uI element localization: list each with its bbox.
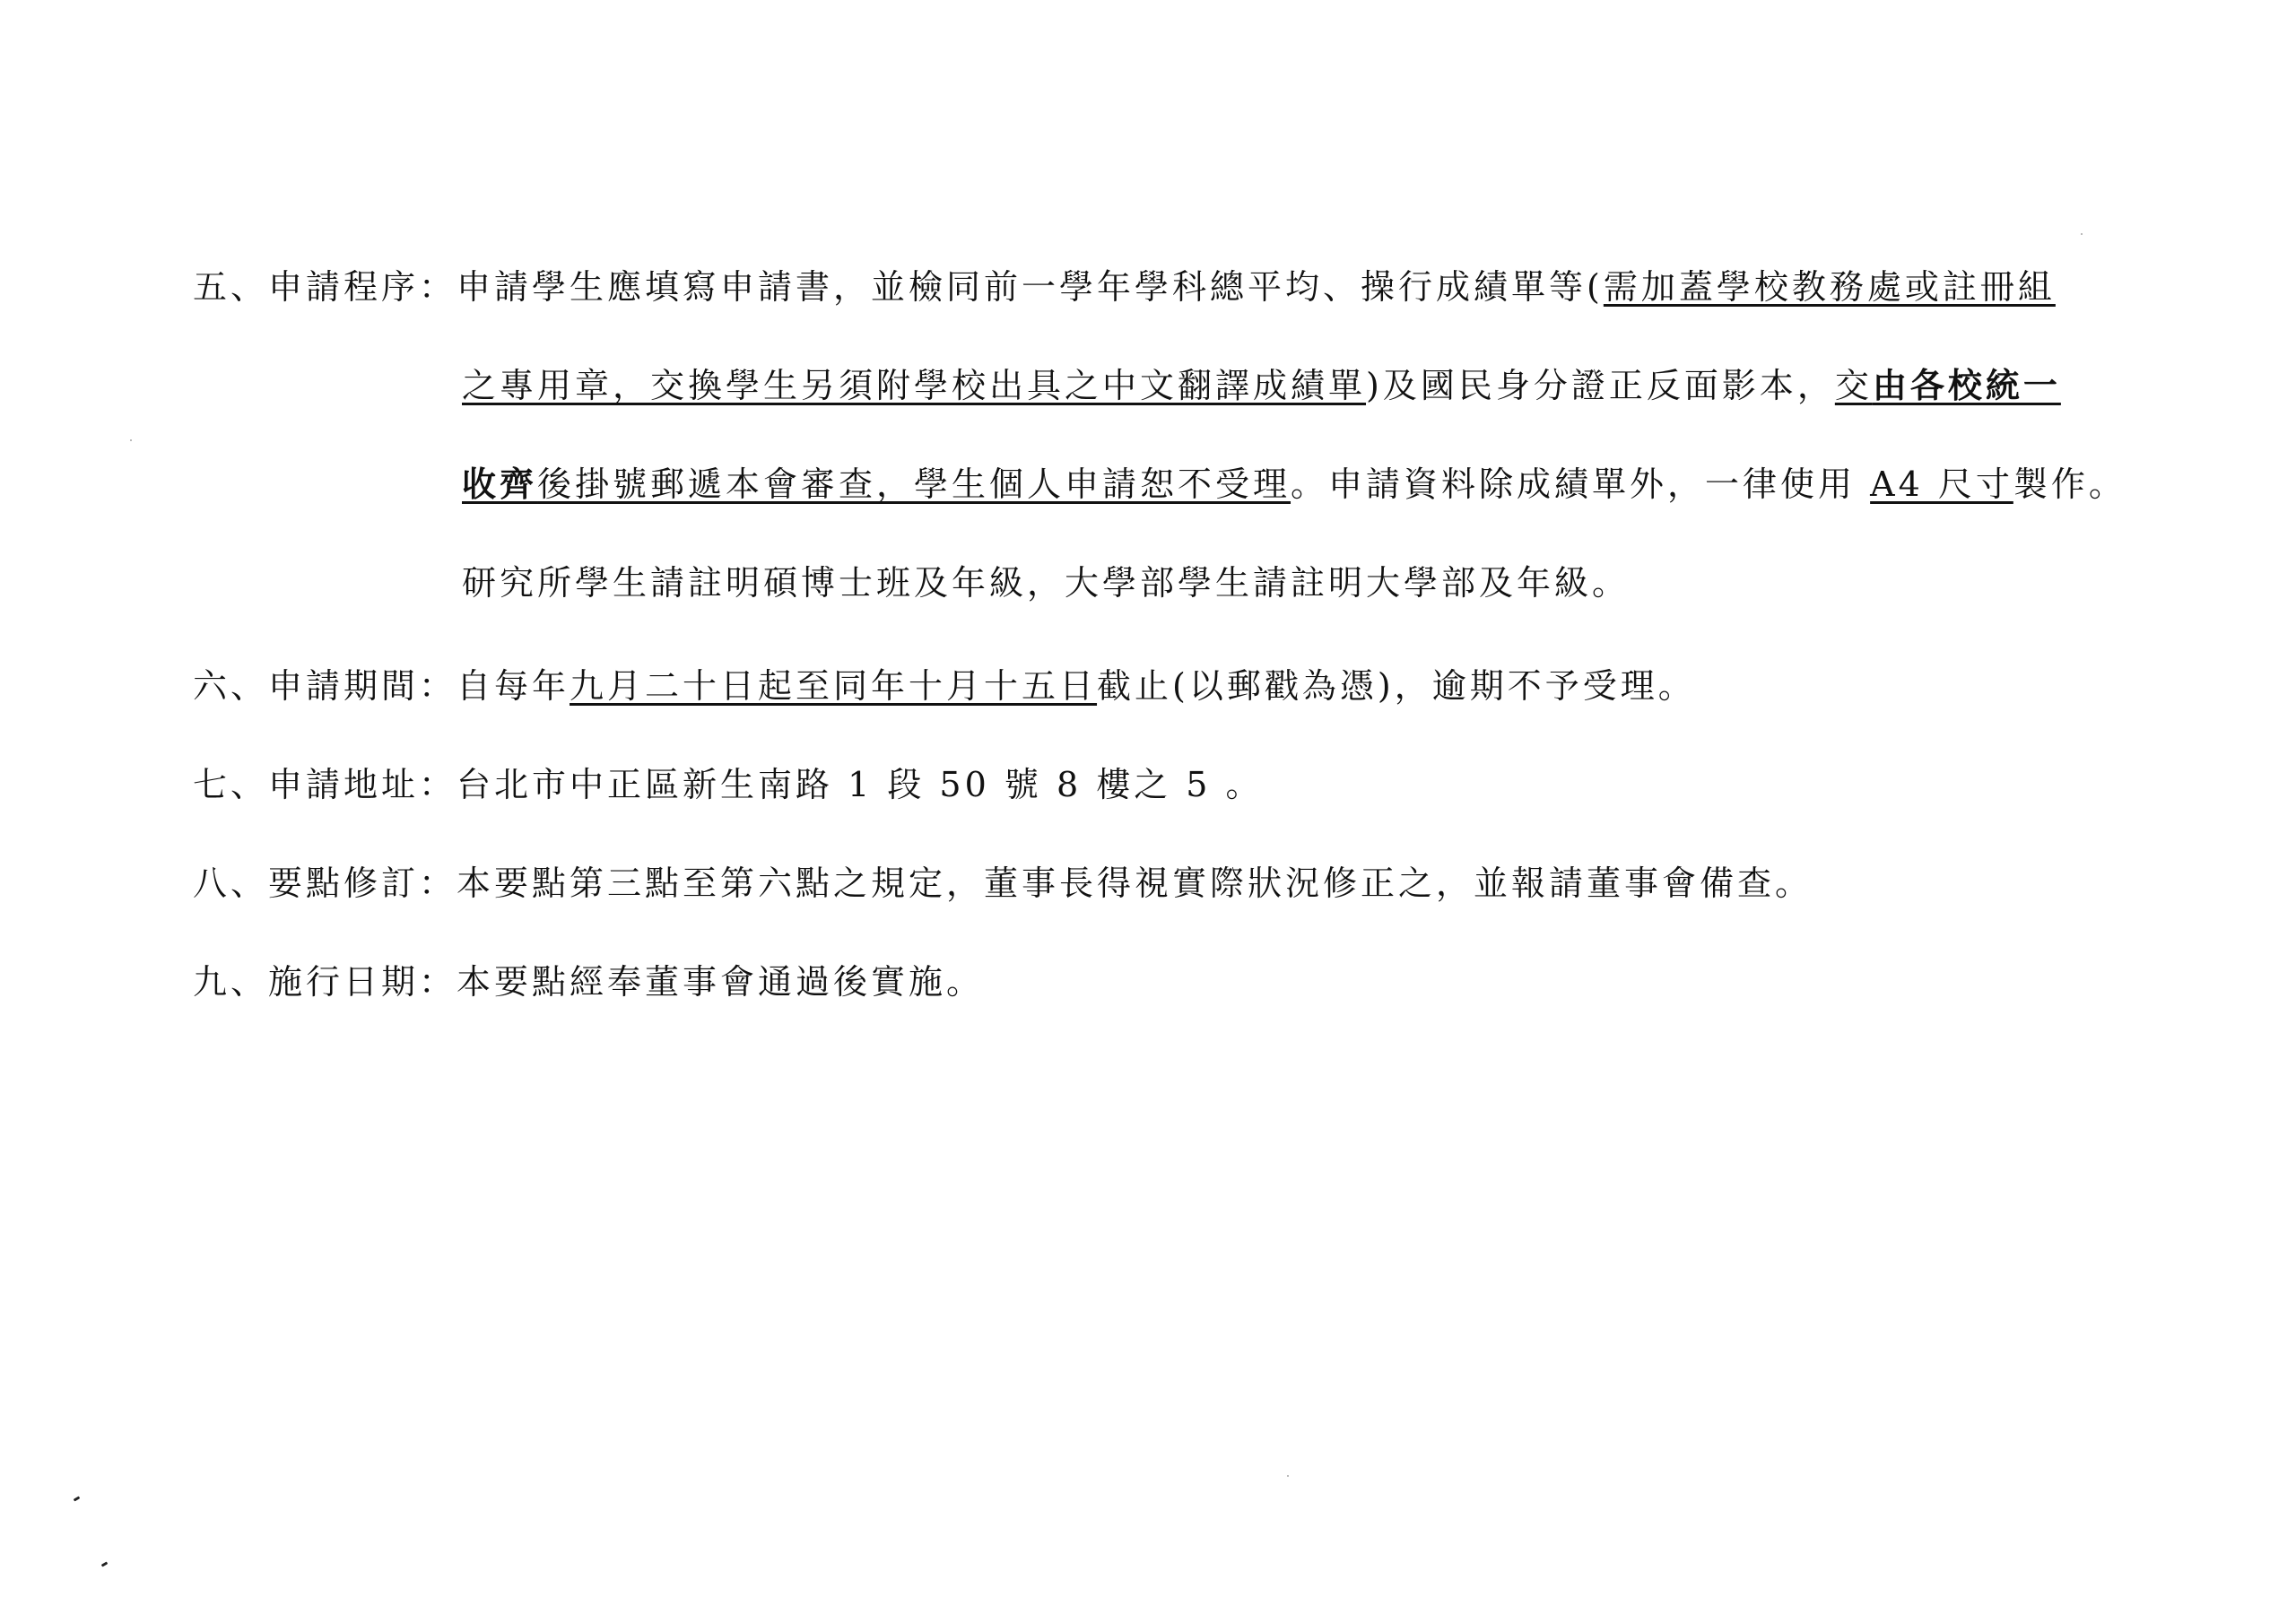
section-five-line-2: 之專用章，交換學生另須附學校出具之中文翻譯成績單)及國民身分證正反面影本，交由各…: [462, 364, 2061, 407]
scan-speck: [130, 439, 132, 441]
scan-speck: [1287, 1475, 1289, 1477]
segment: 本要點經奉董事會通過後實施。: [457, 962, 984, 1002]
section-nine-label: 九、施行日期：: [193, 962, 457, 1002]
underlined-segment: A4 尺寸: [1870, 464, 2013, 504]
underlined-segment: 需加蓋學校教務處或註冊組: [1604, 267, 2056, 307]
section-five-line-4: 研究所學生請註明碩博士班及年級，大學部學生請註明大學部及年級。: [462, 561, 1630, 604]
section-five-line-3: 收齊後掛號郵遞本會審查，學生個人申請恕不受理。申請資料除成績單外，一律使用 A4…: [462, 463, 2126, 506]
section-eight-line-1: 八、要點修訂：本要點第三點至第六點之規定，董事長得視實際狀況修正之，並報請董事會…: [193, 862, 1813, 905]
section-six-label: 六、申請期間：: [193, 666, 457, 706]
segment: )及國民身分證正反面影本，: [1366, 366, 1835, 405]
scan-speck: [101, 1561, 109, 1567]
segment: 自每年: [457, 666, 570, 706]
section-five-label: 五、申請程序：: [193, 267, 457, 307]
section-six-line-1: 六、申請期間：自每年九月二十日起至同年十月十五日截止(以郵戳為憑)，逾期不予受理…: [193, 664, 1696, 707]
underlined-segment: 後掛號郵遞本會審查，學生個人申請恕不受理: [537, 464, 1291, 504]
segment: 。申請資料除成績單外，一律使用: [1291, 464, 1870, 504]
underlined-segment: 交: [1835, 366, 1873, 405]
section-nine-line-1: 九、施行日期：本要點經奉董事會通過後實施。: [193, 960, 984, 1003]
document-page: 五、申請程序：申請學生應填寫申請書，並檢同前一學年學科總平均、操行成績單等(需加…: [0, 0, 2296, 1623]
underlined-segment: 之專用章，交換學生另須附學校出具之中文翻譯成績單: [462, 366, 1366, 405]
segment: 申請學生應填寫申請書，並檢同前一學年學科總平均、操行成績單等(: [457, 267, 1604, 307]
segment: 研究所學生請註明碩博士班及年級，大學部學生請註明大學部及年級。: [462, 563, 1630, 603]
section-seven-label: 七、申請地址：: [193, 765, 457, 804]
section-eight-label: 八、要點修訂：: [193, 864, 457, 903]
segment: 截止(以郵戳為憑)，逾期不予受理。: [1097, 666, 1696, 706]
scan-speck: [74, 1496, 81, 1501]
scan-speck: [2081, 233, 2083, 235]
segment: 製作。: [2013, 464, 2126, 504]
underlined-segment: 九月二十日起至同年十月十五日: [570, 666, 1097, 706]
bold-underlined-segment: 收齊: [462, 464, 537, 504]
bold-underlined-segment: 由各校統一: [1873, 365, 2061, 405]
section-seven-line-1: 七、申請地址：台北市中正區新生南路 1 段 50 號 8 樓之 5 。: [193, 763, 1264, 806]
section-five-line-1: 五、申請程序：申請學生應填寫申請書，並檢同前一學年學科總平均、操行成績單等(需加…: [193, 265, 2056, 308]
address-text: 台北市中正區新生南路 1 段 50 號 8 樓之 5 。: [457, 765, 1264, 804]
segment: 本要點第三點至第六點之規定，董事長得視實際狀況修正之，並報請董事會備查。: [457, 864, 1813, 903]
